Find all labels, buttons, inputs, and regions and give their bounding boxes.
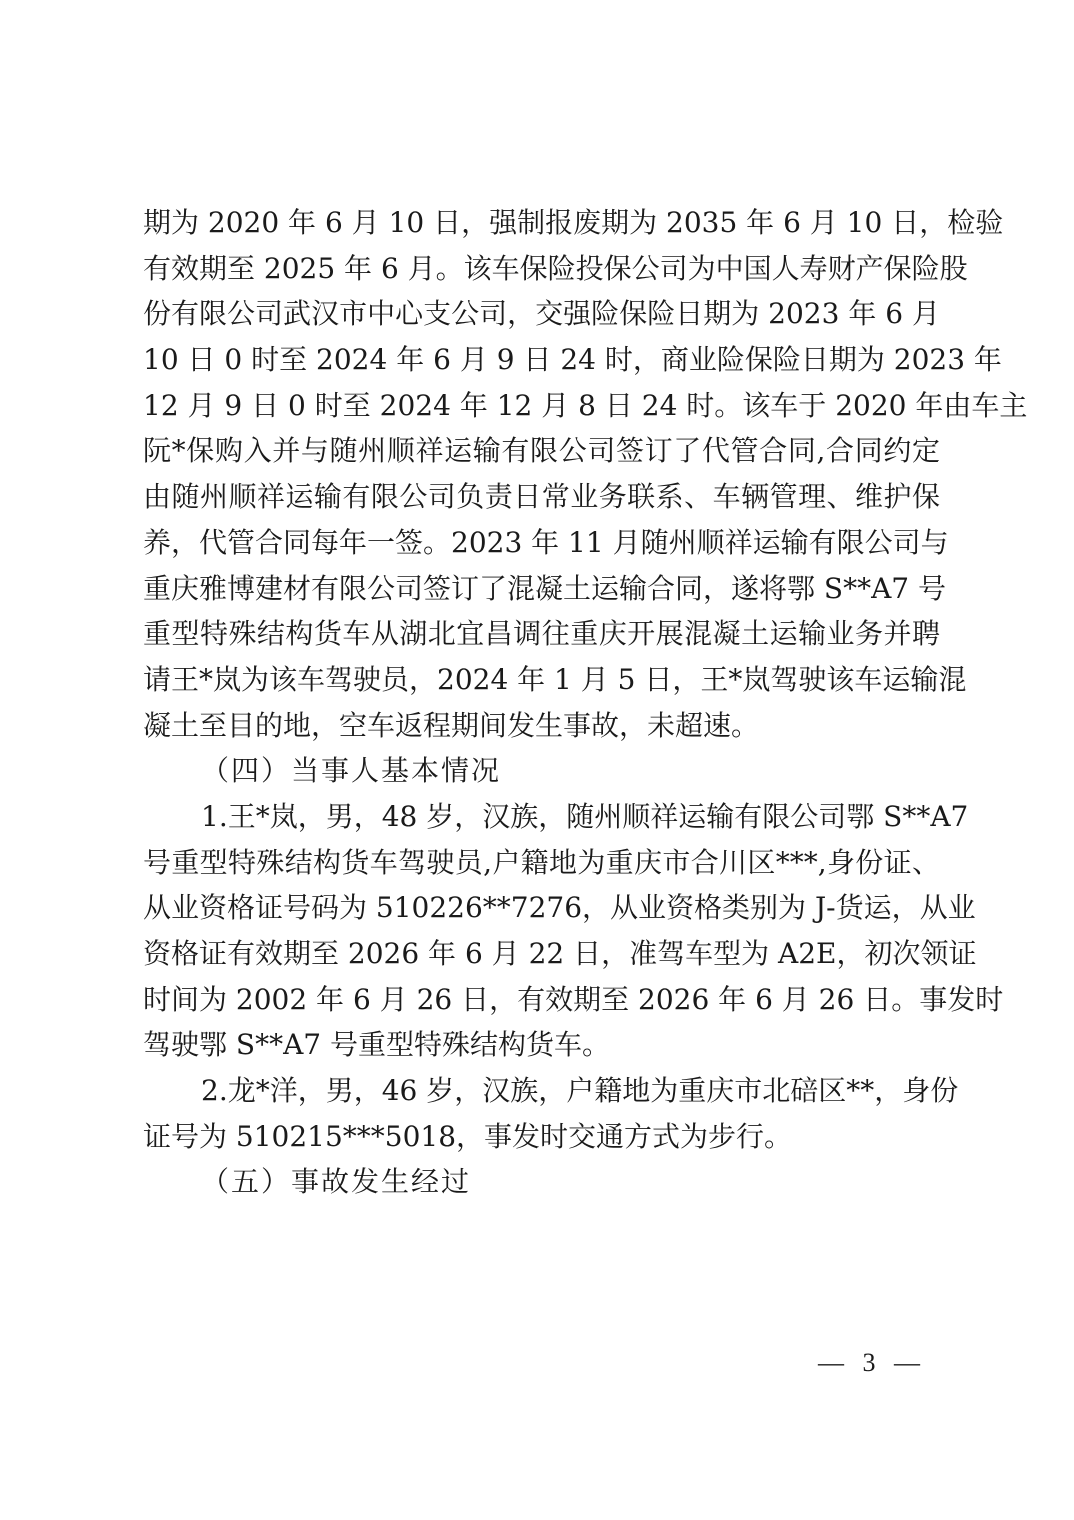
text-line: 请王*岚为该车驾驶员，2024 年 1 月 5 日，王*岚驾驶该车运输混 (143, 657, 940, 703)
text-line: 凝土至目的地，空车返程期间发生事故，未超速。 (143, 703, 940, 749)
text-line: 10 日 0 时至 2024 年 6 月 9 日 24 时，商业险保险日期为 2… (143, 337, 940, 383)
text-line: 1.王*岚，男，48 岁，汉族，随州顺祥运输有限公司鄂 S**A7 (143, 794, 940, 840)
document-page: 期为 2020 年 6 月 10 日，强制报废期为 2035 年 6 月 10 … (0, 0, 1074, 1520)
paragraph-party-1: 1.王*岚，男，48 岁，汉族，随州顺祥运输有限公司鄂 S**A7 号重型特殊结… (143, 794, 940, 1068)
text-line: 证号为 510215***5018，事发时交通方式为步行。 (143, 1114, 940, 1160)
text-line: 时间为 2002 年 6 月 26 日，有效期至 2026 年 6 月 26 日… (143, 977, 940, 1023)
text-line: 份有限公司武汉市中心支公司，交强险保险日期为 2023 年 6 月 (143, 291, 940, 337)
text-line: 2.龙*洋，男，46 岁，汉族，户籍地为重庆市北碚区**，身份 (143, 1068, 940, 1114)
text-line: 养，代管合同每年一签。2023 年 11 月随州顺祥运输有限公司与 (143, 520, 940, 566)
text-line: 有效期至 2025 年 6 月。该车保险投保公司为中国人寿财产保险股 (143, 246, 940, 292)
text-line: 重庆雅博建材有限公司签订了混凝土运输合同，遂将鄂 S**A7 号 (143, 566, 940, 612)
text-line: 12 月 9 日 0 时至 2024 年 12 月 8 日 24 时。该车于 2… (143, 383, 940, 429)
paragraph-party-2: 2.龙*洋，男，46 岁，汉族，户籍地为重庆市北碚区**，身份 证号为 5102… (143, 1068, 940, 1159)
text-line: 重型特殊结构货车从湖北宜昌调往重庆开展混凝土运输业务并聘 (143, 611, 940, 657)
text-line: 号重型特殊结构货车驾驶员,户籍地为重庆市合川区***,身份证、 (143, 840, 940, 886)
section-heading-parties: （四）当事人基本情况 (143, 748, 940, 794)
section-heading-accident-process: （五）事故发生经过 (143, 1159, 940, 1205)
text-line: 由随州顺祥运输有限公司负责日常业务联系、车辆管理、维护保 (143, 474, 940, 520)
text-line: 资格证有效期至 2026 年 6 月 22 日，准驾车型为 A2E，初次领证 (143, 931, 940, 977)
document-body: 期为 2020 年 6 月 10 日，强制报废期为 2035 年 6 月 10 … (143, 200, 940, 1205)
text-line: 从业资格证号码为 510226**7276，从业资格类别为 J-货运，从业 (143, 885, 940, 931)
paragraph-vehicle-info: 期为 2020 年 6 月 10 日，强制报废期为 2035 年 6 月 10 … (143, 200, 940, 748)
page-number: — 3 — (818, 1348, 926, 1378)
text-line: 阮*保购入并与随州顺祥运输有限公司签订了代管合同,合同约定 (143, 428, 940, 474)
text-line: 驾驶鄂 S**A7 号重型特殊结构货车。 (143, 1022, 940, 1068)
text-line: 期为 2020 年 6 月 10 日，强制报废期为 2035 年 6 月 10 … (143, 200, 940, 246)
